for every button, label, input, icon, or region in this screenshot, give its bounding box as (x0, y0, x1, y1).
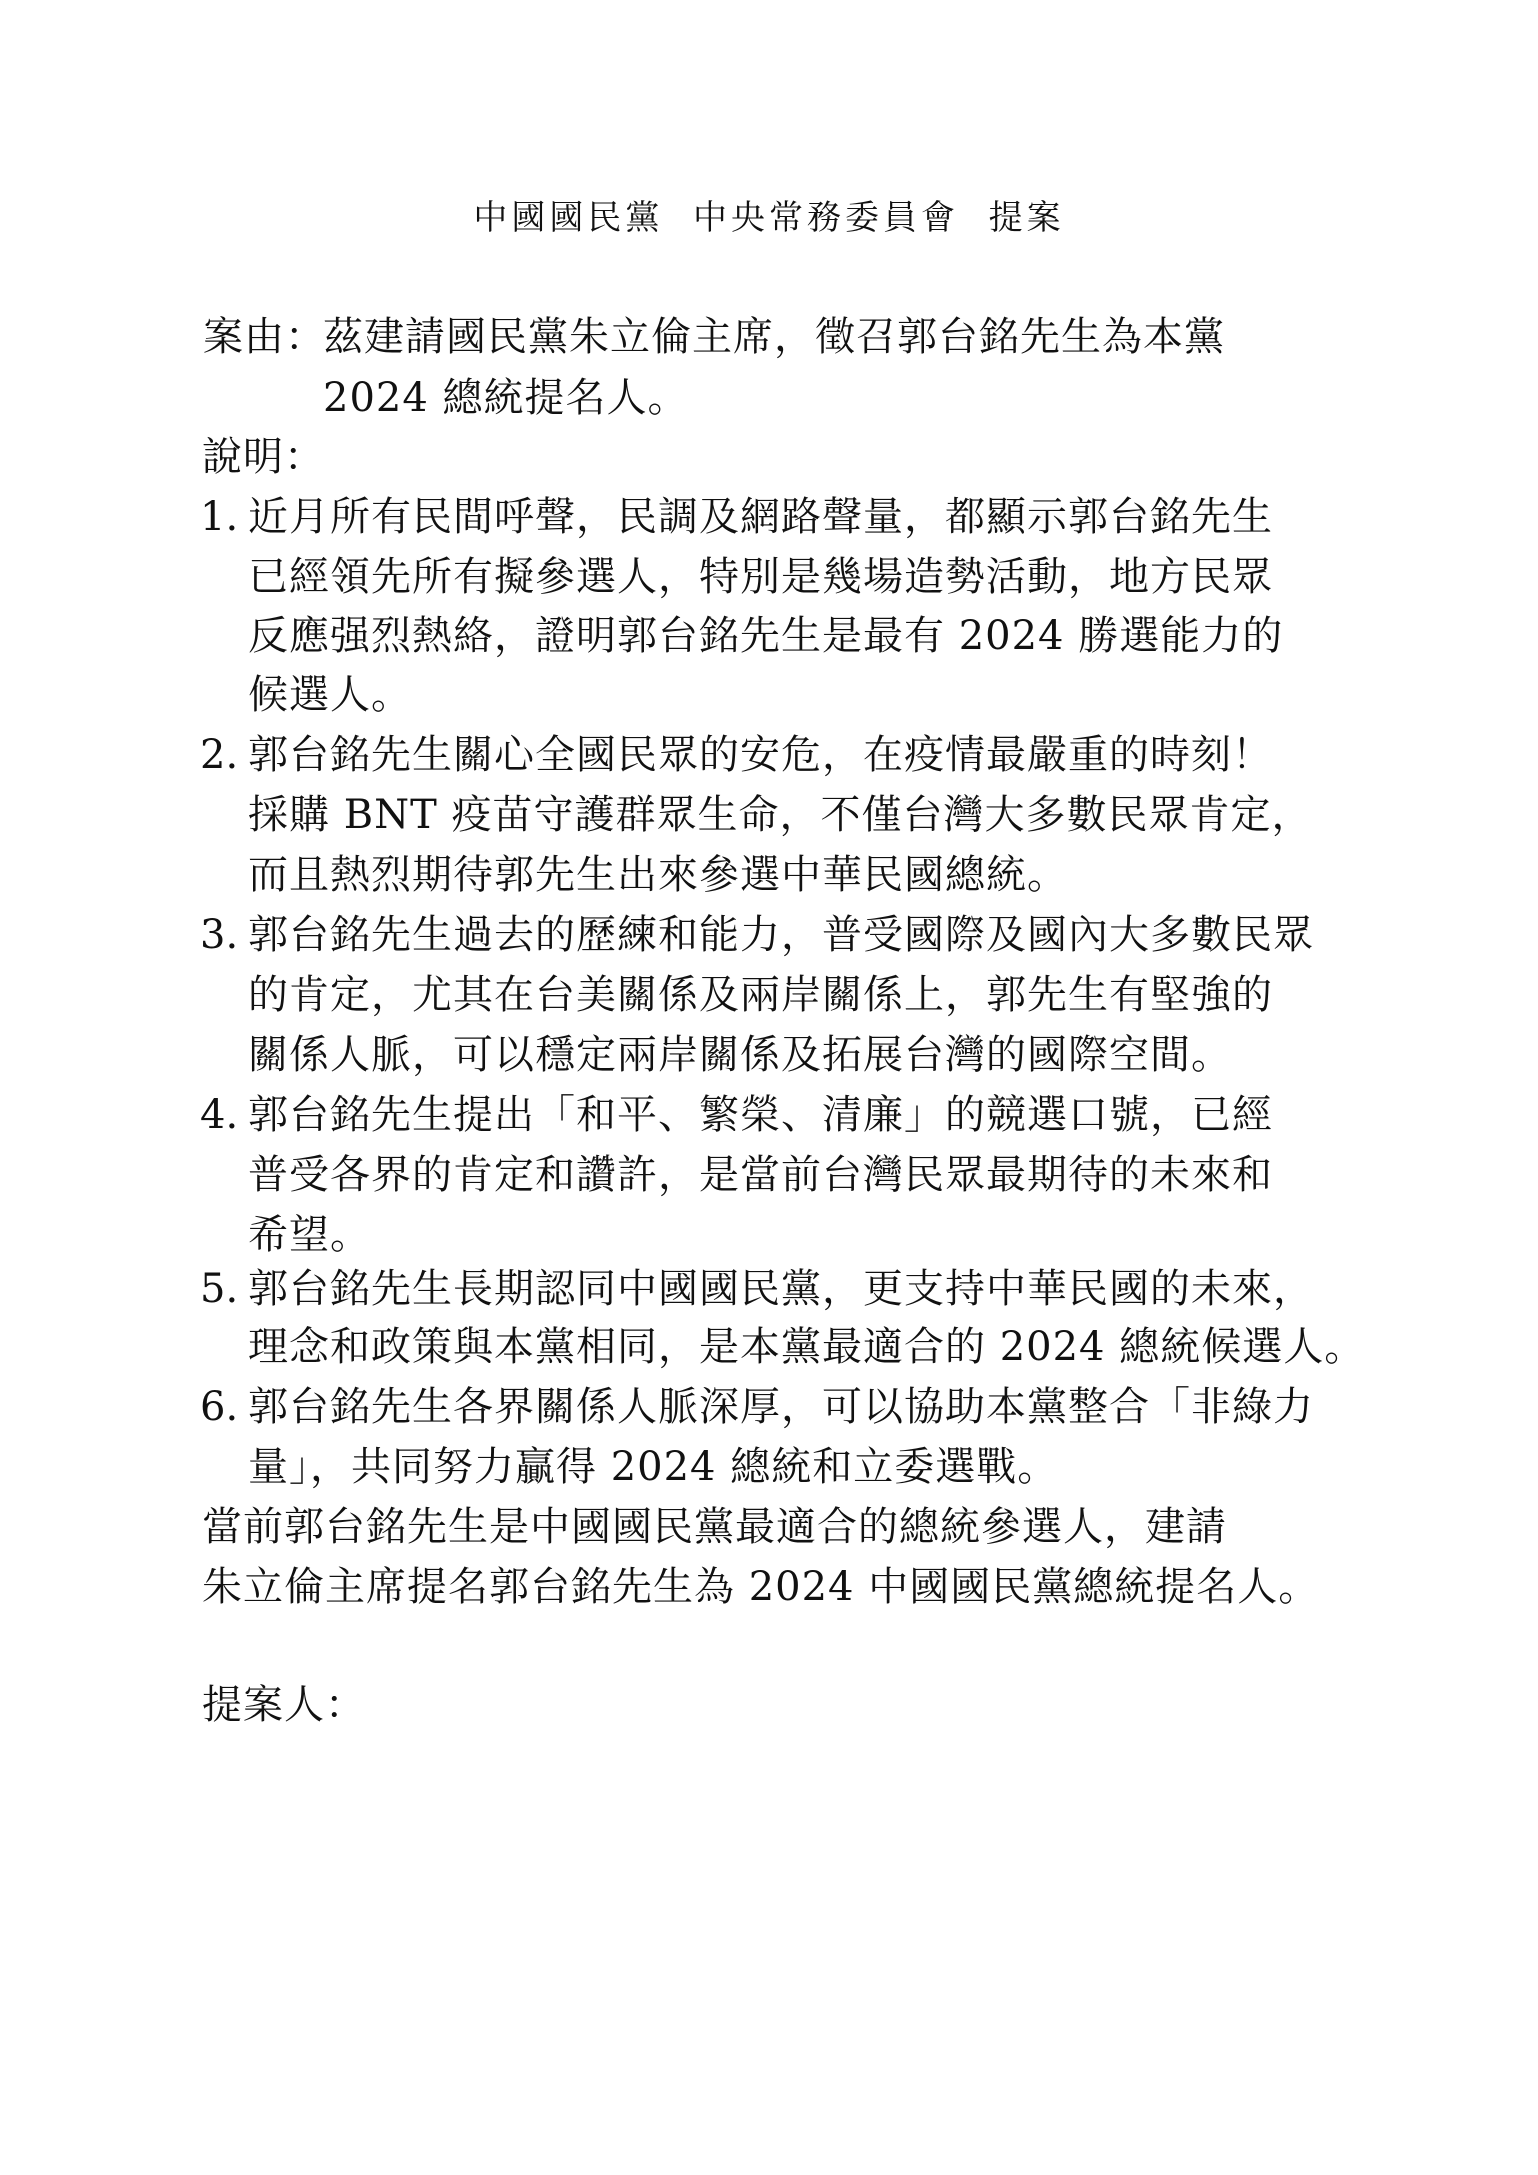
document-title: 中國國民黨 中央常務委員會 提案 (0, 197, 1538, 239)
item-1-number: 1. (200, 493, 238, 541)
subject-line-2: 2024 總統提名人。 (323, 374, 689, 422)
item-6-line-2: 量」，共同努力贏得 2024 總統和立委選戰。 (248, 1443, 1058, 1491)
conclusion-line-1: 當前郭台銘先生是中國國民黨最適合的總統參選人，建請 (202, 1503, 1227, 1551)
item-5-number: 5. (200, 1265, 238, 1313)
item-1-line-3: 反應强烈熱絡，證明郭台銘先生是最有 2024 勝選能力的 (248, 612, 1283, 660)
item-1-line-1: 近月所有民間呼聲，民調及網路聲量，都顯示郭台銘先生 (248, 493, 1273, 541)
item-5-line-1: 郭台銘先生長期認同中國國民黨，更支持中華民國的未來， (248, 1265, 1314, 1313)
item-1-line-4: 候選人。 (248, 671, 412, 719)
item-4-number: 4. (200, 1091, 238, 1139)
document-page: 中國國民黨 中央常務委員會 提案 案由： 茲建請國民黨朱立倫主席，徵召郭台銘先生… (0, 0, 1538, 2175)
proposer-label: 提案人： (202, 1681, 366, 1729)
item-3-line-3: 關係人脈，可以穩定兩岸關係及拓展台灣的國際空間。 (248, 1031, 1232, 1079)
item-3-number: 3. (200, 911, 238, 959)
subject-line-1: 茲建請國民黨朱立倫主席，徵召郭台銘先生為本黨 (323, 313, 1225, 361)
item-3-line-1: 郭台銘先生過去的歷練和能力，普受國際及國內大多數民眾 (248, 911, 1314, 959)
item-4-line-3: 希望。 (248, 1211, 371, 1259)
item-2-number: 2. (200, 731, 238, 779)
explanation-label: 說明： (202, 433, 325, 481)
item-5-line-2: 理念和政策與本黨相同，是本黨最適合的 2024 總統候選人。 (248, 1323, 1365, 1371)
item-4-line-1: 郭台銘先生提出「和平、繁榮、清廉」的競選口號，已經 (248, 1091, 1273, 1139)
item-6-number: 6. (200, 1383, 238, 1431)
conclusion-line-2: 朱立倫主席提名郭台銘先生為 2024 中國國民黨總統提名人。 (202, 1563, 1319, 1611)
item-6-line-1: 郭台銘先生各界關係人脈深厚，可以協助本黨整合「非綠力 (248, 1383, 1314, 1431)
item-1-line-2: 已經領先所有擬參選人，特別是幾場造勢活動，地方民眾 (248, 553, 1273, 601)
subject-label: 案由： (203, 313, 326, 361)
item-2-line-1: 郭台銘先生關心全國民眾的安危，在疫情最嚴重的時刻！ (248, 731, 1273, 779)
item-3-line-2: 的肯定，尤其在台美關係及兩岸關係上，郭先生有堅強的 (248, 971, 1273, 1019)
item-4-line-2: 普受各界的肯定和讚許，是當前台灣民眾最期待的未來和 (248, 1151, 1273, 1199)
item-2-line-3: 而且熱烈期待郭先生出來參選中華民國總統。 (248, 851, 1068, 899)
item-2-line-2: 採購 BNT 疫苗守護群眾生命，不僅台灣大多數民眾肯定， (248, 791, 1313, 839)
